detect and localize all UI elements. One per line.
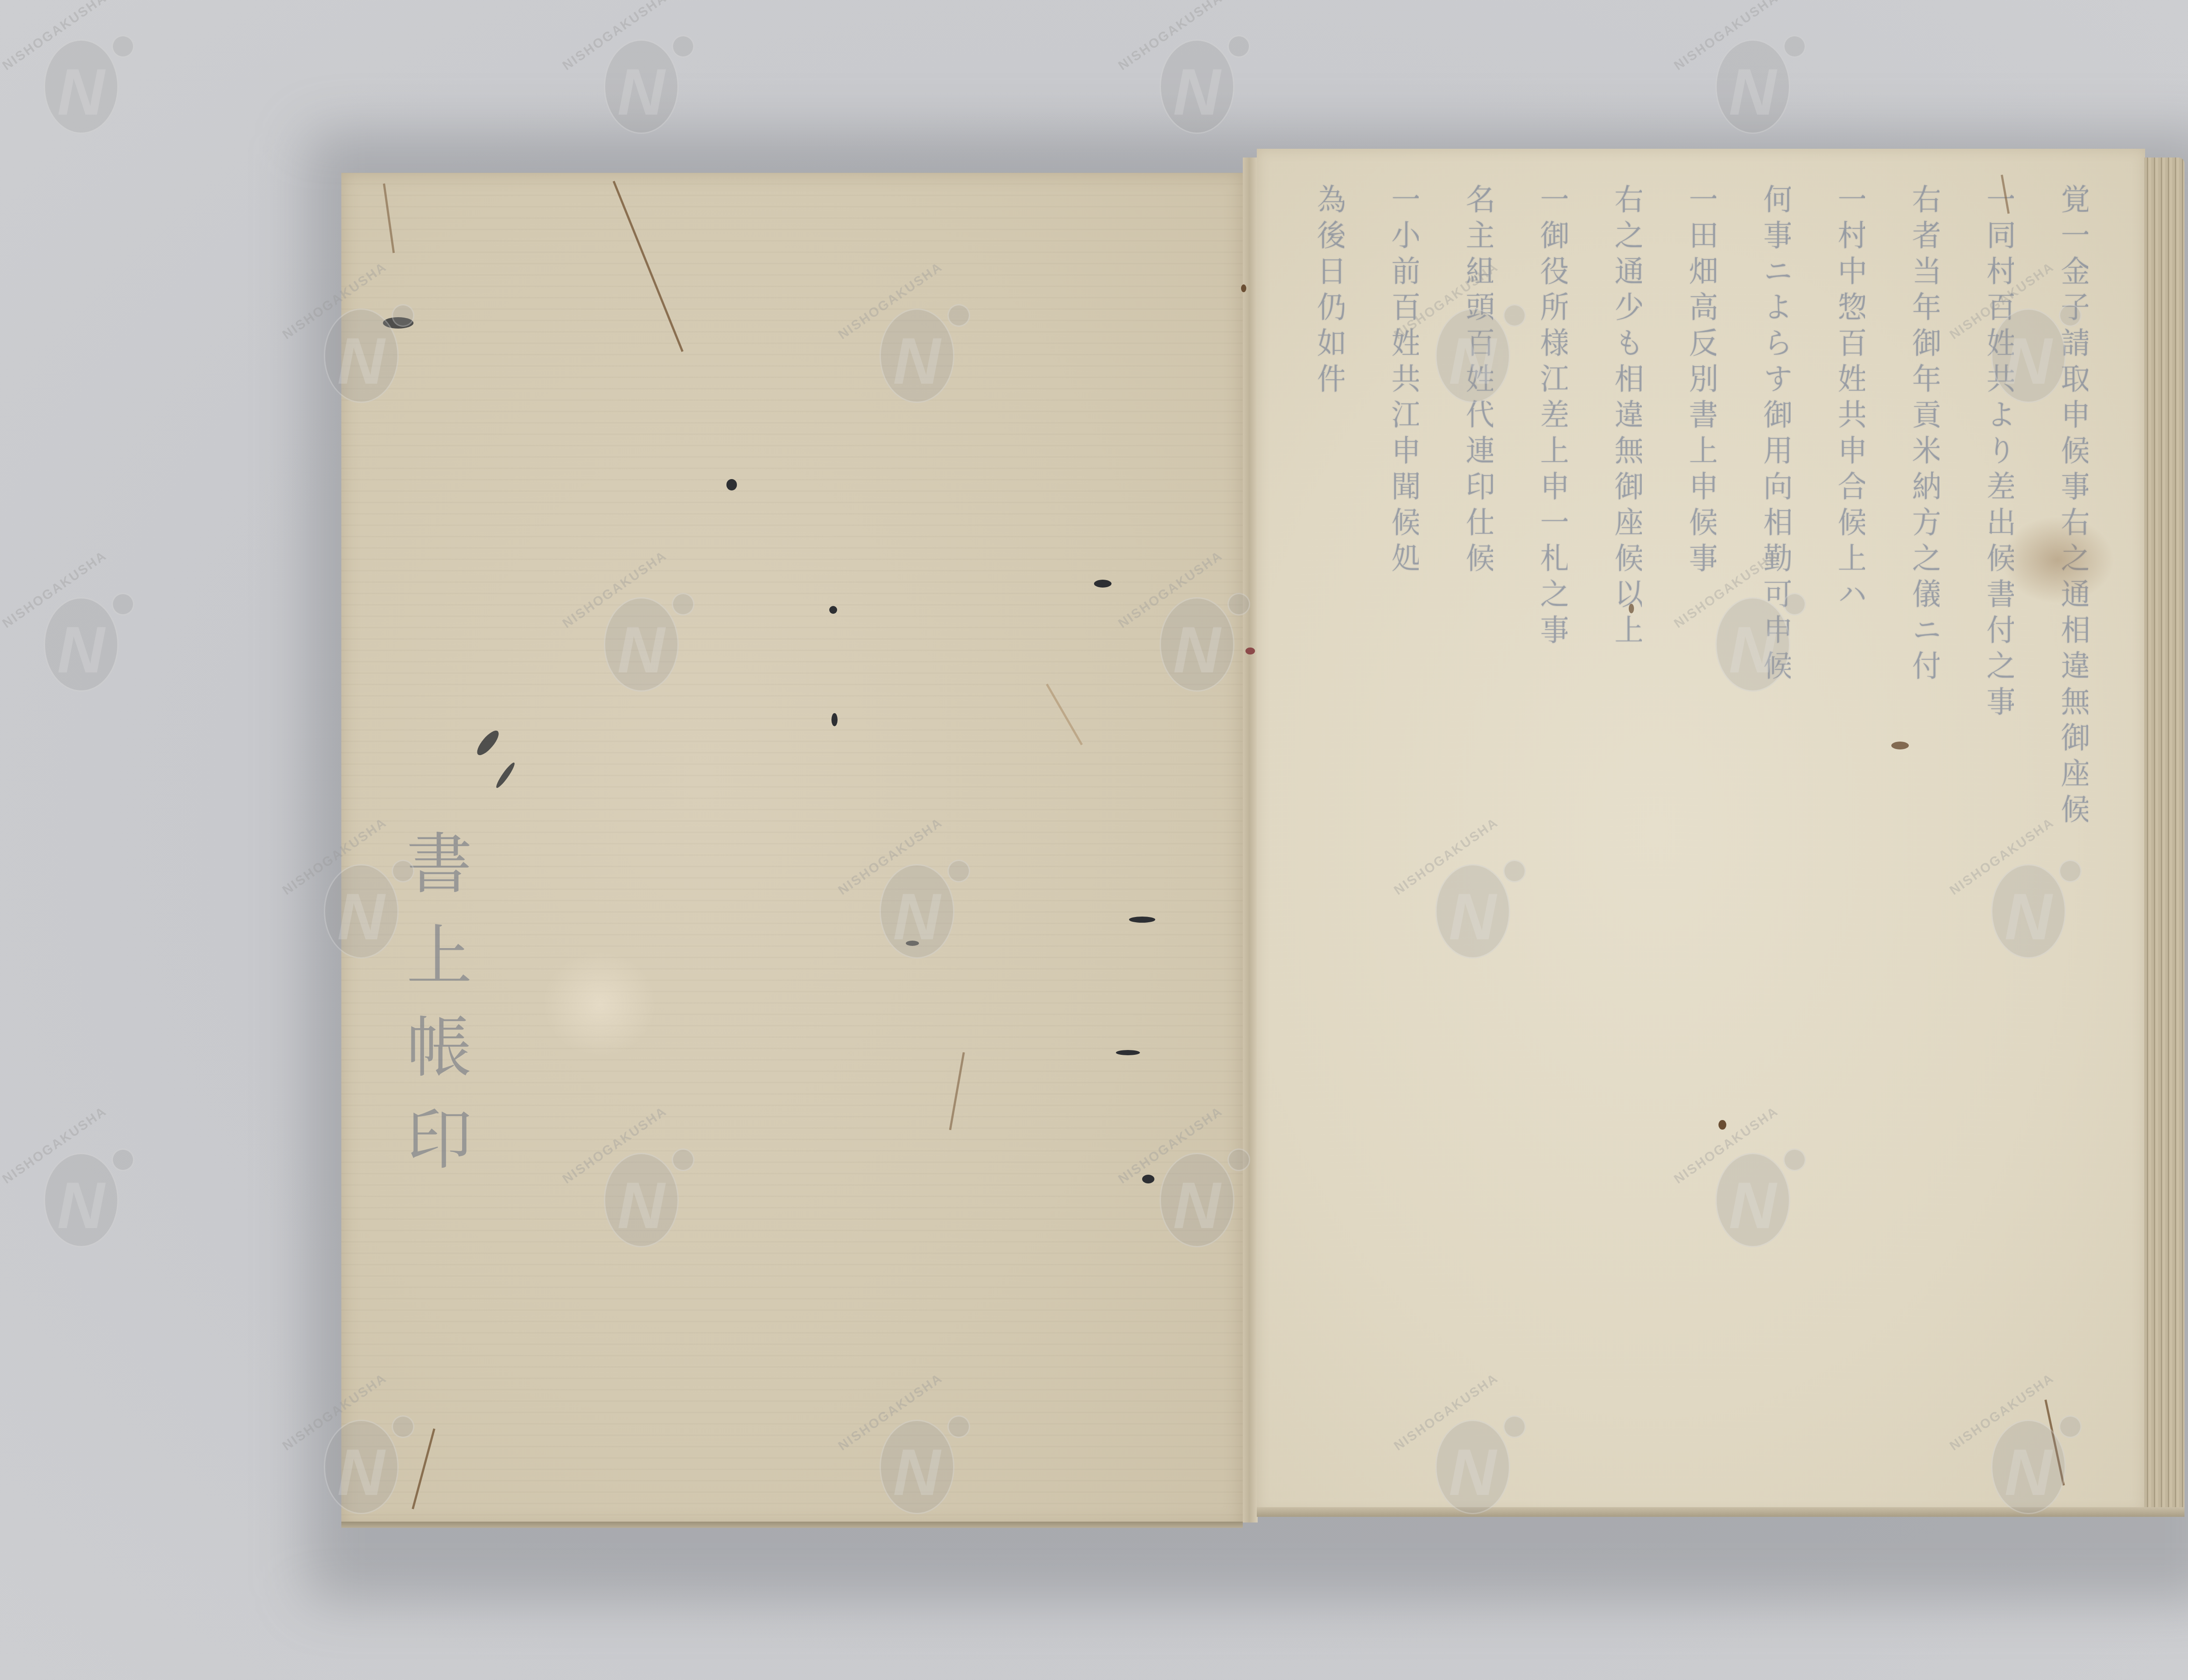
- paper-crack: [383, 183, 395, 253]
- ink-stroke: [474, 728, 502, 758]
- text-column: 一同村百姓共より差出候書付之事: [1983, 184, 2014, 1409]
- paper-crack: [613, 181, 684, 352]
- text-column: 為後日仍如件: [1314, 184, 1344, 1409]
- paper-abrasion: [543, 952, 656, 1057]
- right-page: 覚一金子請取申候事右之通相違無御座候 一同村百姓共より差出候書付之事 右者当年御…: [1257, 149, 2145, 1514]
- ink-spot: [1094, 580, 1112, 588]
- open-book: 書上帳印 覚一金子請取申候事右之通相違無御座候 一同村百姓共より差出候書付之事 …: [0, 0, 2188, 1680]
- text-column: 右之通少も相違無御座候以上: [1611, 184, 1642, 1409]
- ink-smudge: [383, 317, 414, 329]
- ink-spot: [1718, 1120, 1726, 1130]
- binding-thread-hole: [1241, 284, 1246, 292]
- ink-spot: [906, 941, 919, 946]
- text-column: 一田畑高反別書上申候事: [1686, 184, 1716, 1409]
- water-stain: [2001, 516, 2114, 604]
- ink-spot: [829, 606, 837, 614]
- paper-fiber: [949, 1052, 965, 1130]
- page-stack-fore-edge: [2144, 157, 2184, 1514]
- text-column: 一小前百姓共江申聞候処: [1388, 184, 1419, 1409]
- text-column: 名主組頭百姓代連印仕候: [1462, 184, 1493, 1409]
- paper-crack: [2044, 1400, 2065, 1486]
- ink-stroke: [494, 761, 517, 789]
- ink-spot: [726, 479, 737, 490]
- ink-spot: [1142, 1175, 1154, 1183]
- right-page-bottom-edge: [1257, 1507, 2184, 1517]
- ink-spot: [1129, 917, 1155, 923]
- left-page-bottom-edge: [341, 1522, 1243, 1528]
- left-page: 書上帳印: [341, 173, 1243, 1527]
- text-column: 右者当年御年貢米納方之儀ニ付: [1909, 184, 1939, 1409]
- ink-spot: [1629, 604, 1634, 613]
- paper-crack: [412, 1428, 435, 1509]
- paper-fiber: [1046, 684, 1083, 745]
- text-column: 一御役所様江差上申一札之事: [1537, 184, 1567, 1409]
- text-column: 一村中惣百姓共申合候上ハ: [1834, 184, 1865, 1409]
- binding-thread-hole: [1245, 647, 1255, 654]
- text-column: 覚一金子請取申候事右之通相違無御座候: [2058, 184, 2088, 1365]
- left-page-faint-script: 書上帳印: [400, 829, 466, 1197]
- text-column: 何事ニよらす御用向相勤可申候: [1760, 184, 1791, 1409]
- ink-spot: [831, 713, 838, 726]
- ink-spot: [1891, 742, 1909, 749]
- book-spine-gutter: [1243, 157, 1258, 1522]
- ink-spot: [1116, 1050, 1140, 1055]
